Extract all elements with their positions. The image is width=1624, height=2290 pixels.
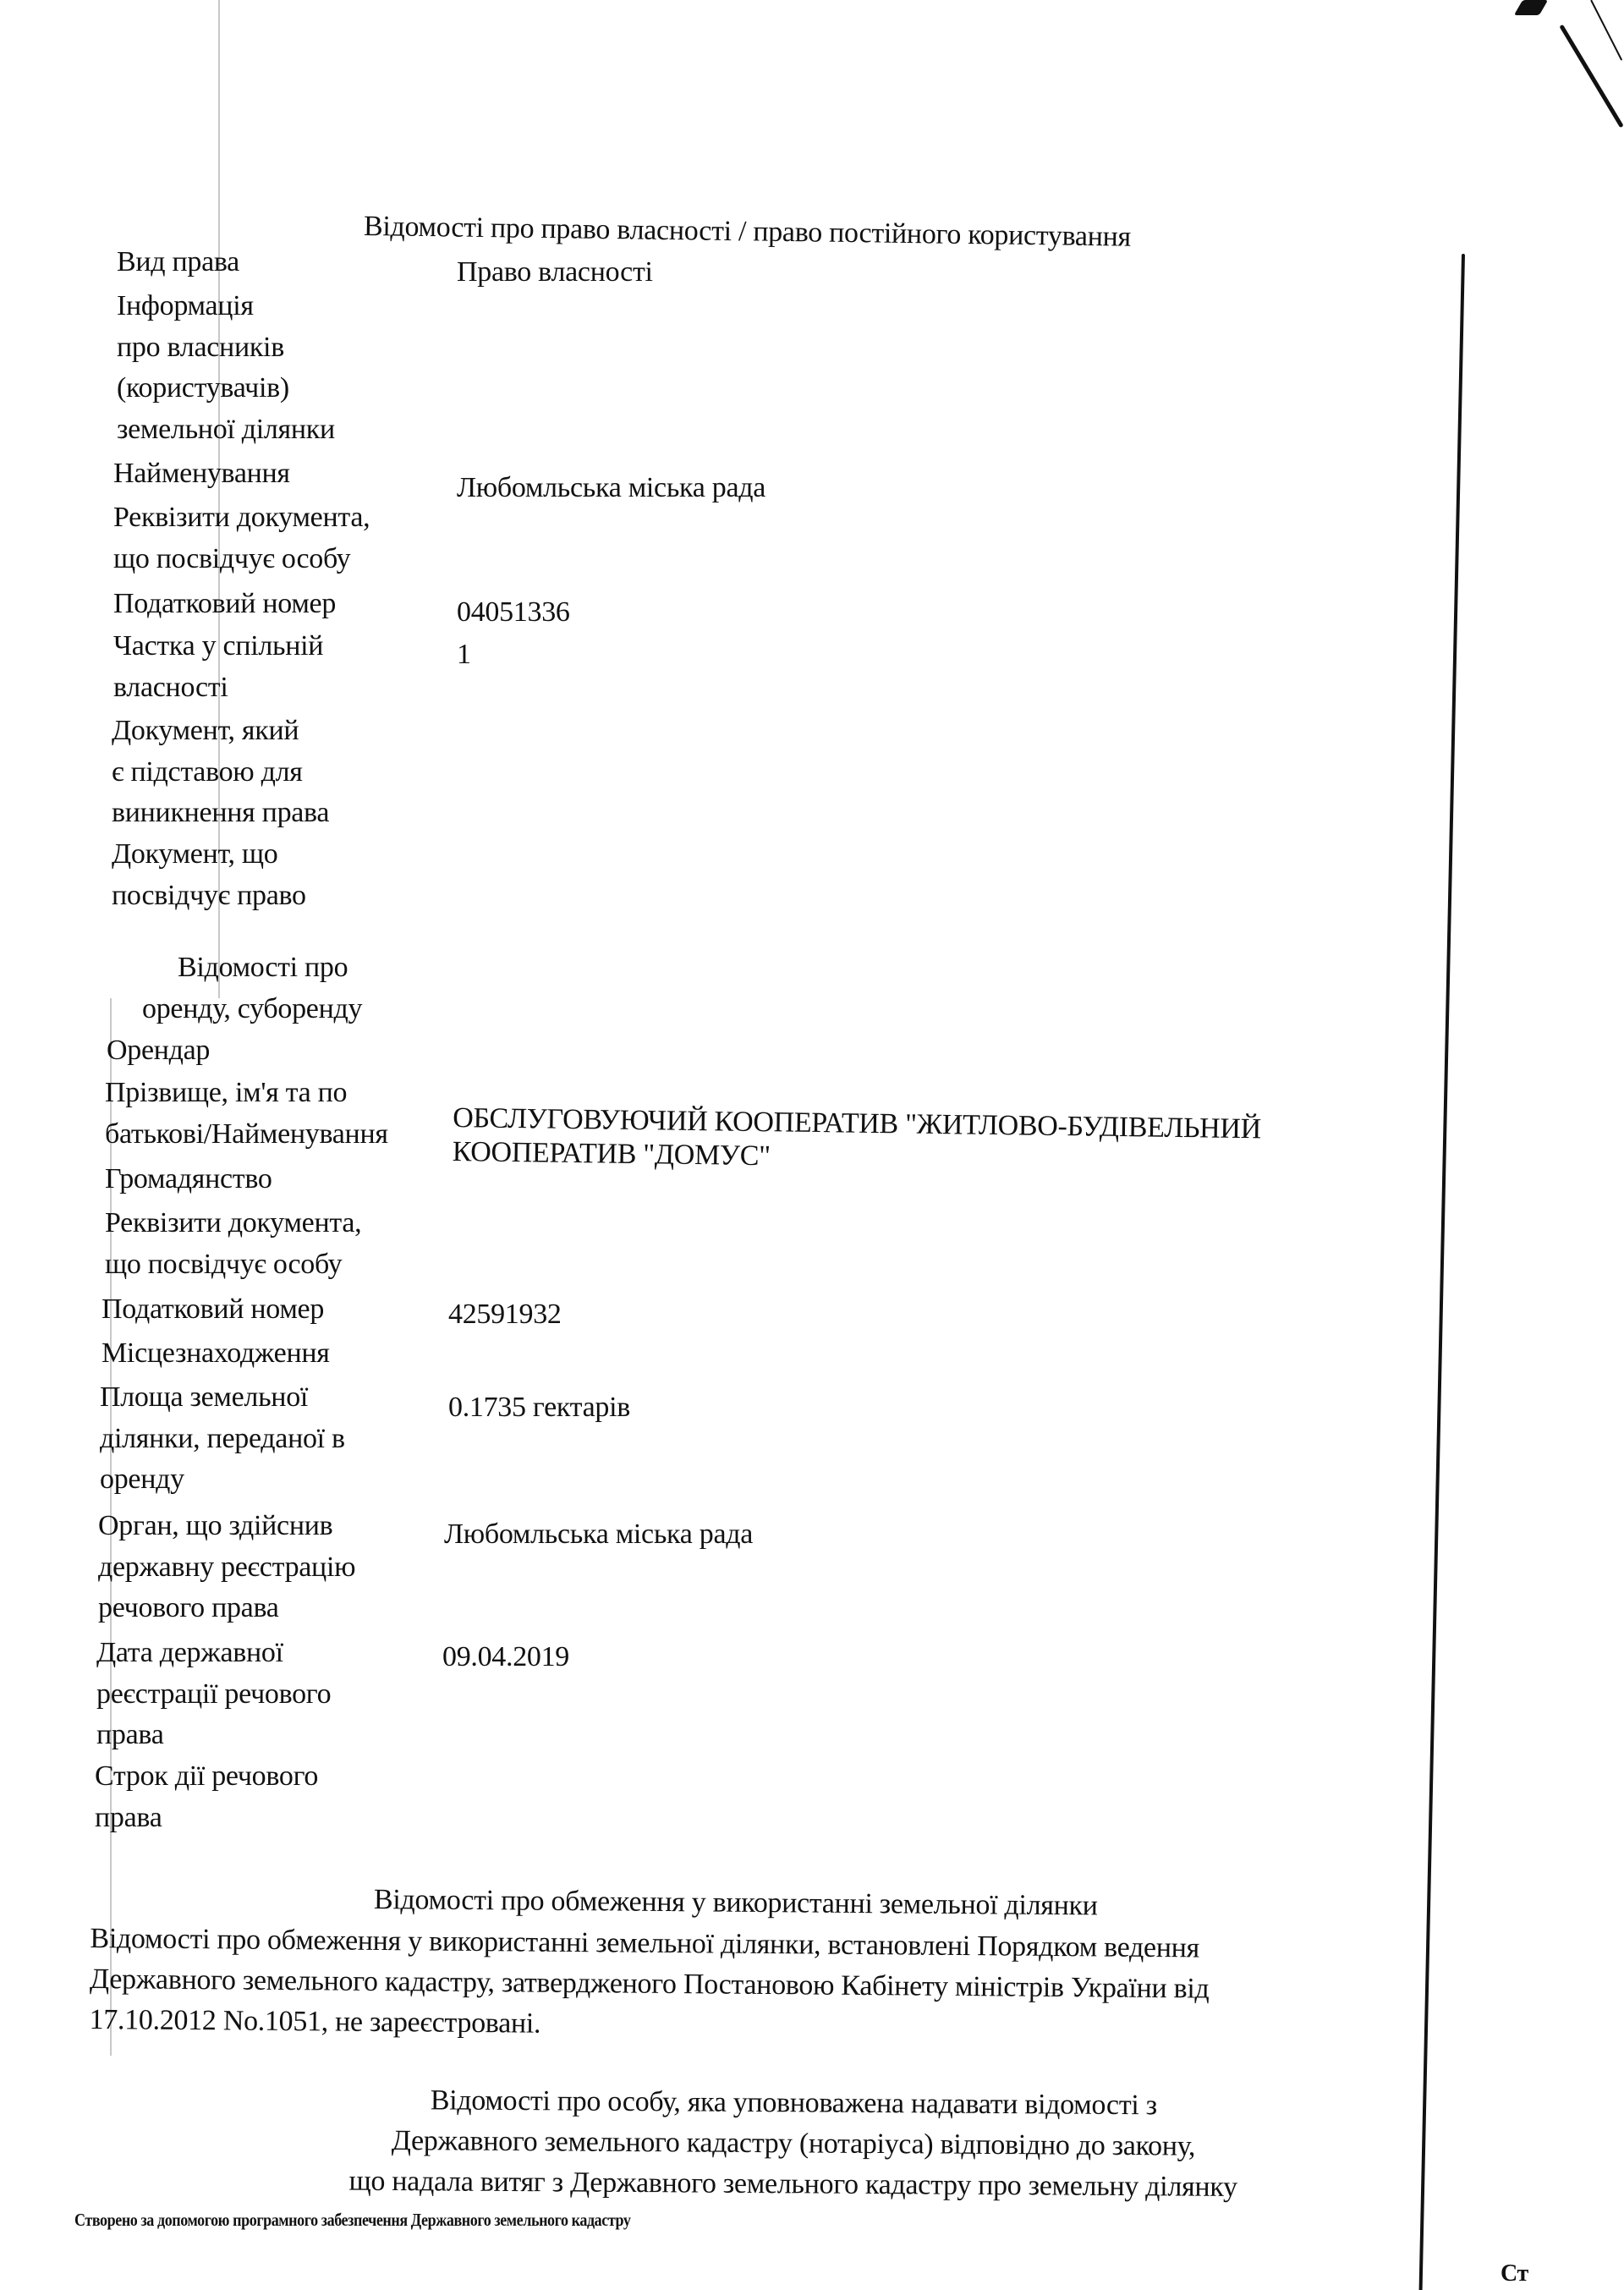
document-page: Відомості про право власності / право по… [0, 0, 1624, 2290]
label-owners-info: Інформація про власників (користувачів) … [117, 286, 335, 450]
authorized-person-heading: Відомості про особу, яка уповноважена на… [268, 2079, 1318, 2209]
value-lessee-tax-number: 42591932 [448, 1294, 562, 1335]
label-right-type: Вид права [117, 242, 239, 283]
ownership-section-heading: Відомості про право власності / право по… [364, 206, 1132, 258]
label-registration-authority: Орган, що здійснив державну реєстрацію р… [98, 1506, 355, 1629]
value-right-type: Право власності [457, 252, 653, 293]
value-owner-tax-number: 04051336 [457, 592, 570, 633]
label-owner-name: Найменування [113, 453, 290, 495]
label-registration-date: Дата державної реєстрації речового права [96, 1633, 331, 1756]
software-footer: Створено за допомогою програмного забезп… [74, 2199, 630, 2240]
value-registration-authority: Любомльська міська рада [444, 1514, 753, 1555]
page-edge-corner [1514, 0, 1548, 15]
page-edge-line [1559, 25, 1623, 129]
value-lessee-name: ОБСЛУГОВУЮЧИЙ КООПЕРАТИВ "ЖИТЛОВО-БУДІВЕ… [452, 1098, 1261, 1183]
value-ownership-share: 1 [457, 634, 471, 675]
page-edge-line [1590, 0, 1622, 61]
label-owner-id-document: Реквізити документа, що посвідчує особу [113, 497, 370, 579]
label-owner-tax-number: Податковий номер [113, 584, 336, 625]
value-leased-area: 0.1735 гектарів [448, 1387, 630, 1428]
label-lessee-name: Прізвище, ім'я та по батькові/Найменуван… [105, 1073, 388, 1155]
lease-section-heading: Відомості про оренду, суборенду [142, 947, 362, 1030]
label-lessee: Орендар [107, 1030, 210, 1072]
label-basis-document: Документ, який є підставою для виникненн… [112, 711, 329, 834]
label-leased-area: Площа земельної ділянки, переданої в оре… [100, 1377, 345, 1501]
label-lessee-id-document: Реквізити документа, що посвідчує особу [105, 1203, 361, 1285]
label-title-document: Документ, що посвідчує право [112, 834, 306, 916]
label-right-term: Строк дії речового права [95, 1756, 318, 1838]
page-corner-text: Ст [1501, 2254, 1528, 2290]
label-location: Місцезнаходження [101, 1333, 330, 1375]
restrictions-paragraph: Відомості про обмеження у використанні з… [89, 1919, 1210, 2051]
label-lessee-tax-number: Податковий номер [101, 1289, 324, 1331]
page-edge-line [1419, 254, 1465, 2290]
value-owner-name: Любомльська міська рада [457, 468, 765, 508]
label-ownership-share: Частка у спільній власності [113, 626, 323, 708]
label-citizenship: Громадянство [105, 1159, 272, 1200]
restrictions-section-heading: Відомості про обмеження у використанні з… [374, 1880, 1098, 1926]
value-registration-date: 09.04.2019 [442, 1637, 569, 1678]
